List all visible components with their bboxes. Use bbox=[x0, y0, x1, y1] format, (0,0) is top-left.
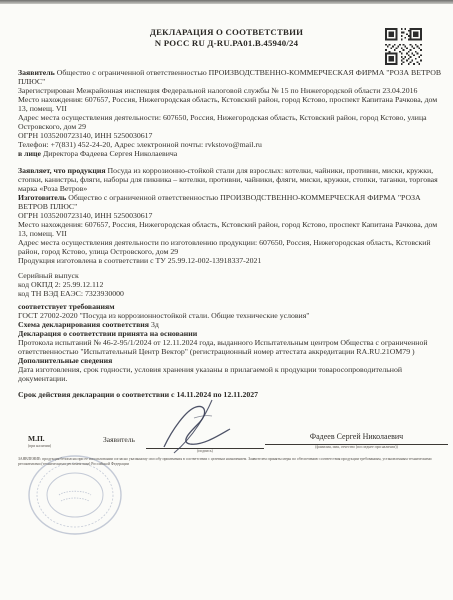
declaration-document: ДЕКЛАРАЦИЯ О СООТВЕТСТВИИ N РОСС RU Д-RU… bbox=[0, 0, 453, 600]
signature-applicant-label: Заявитель bbox=[103, 435, 135, 444]
scheme-label: Схема декларирования соответствия bbox=[18, 320, 149, 329]
stamp-place-label: М.П. (при наличии) bbox=[28, 434, 51, 448]
declares-label: Заявляет, что продукция bbox=[18, 166, 106, 175]
applicant-location: Место нахождения: 607657, Россия, Нижего… bbox=[18, 95, 442, 113]
scan-top-edge bbox=[0, 0, 453, 4]
basis-label: Декларация о соответствии принята на осн… bbox=[18, 329, 442, 338]
manufacturer-name: Общество с ограниченной ответственностью… bbox=[18, 193, 421, 211]
applicant-registration: Зарегистрирован Межрайонная инспекция Фе… bbox=[18, 86, 442, 95]
mp-text: М.П. bbox=[28, 434, 45, 443]
signatory-block: Фадеев Сергей Николаевич (фамилия, имя, … bbox=[265, 432, 448, 450]
document-body: Заявитель Общество с ограниченной ответс… bbox=[18, 68, 442, 399]
signatory-name: Фадеев Сергей Николаевич bbox=[265, 432, 448, 441]
mp-note: (при наличии) bbox=[28, 444, 51, 448]
product-section: Заявляет, что продукция Посуда из корроз… bbox=[18, 166, 442, 265]
manufacturer-production-address: Адрес места осуществления деятельности п… bbox=[18, 238, 442, 256]
manufacturer-line: Изготовитель Общество с ограниченной отв… bbox=[18, 193, 442, 211]
codes-section: Серийный выпуск код ОКПД 2: 25.99.12.112… bbox=[18, 271, 442, 298]
scheme-value: 3д bbox=[151, 320, 159, 329]
applicant-line: Заявитель Общество с ограниченной ответс… bbox=[18, 68, 442, 86]
serial-release: Серийный выпуск bbox=[18, 271, 442, 280]
product-line: Заявляет, что продукция Посуда из корроз… bbox=[18, 166, 442, 193]
applicant-ogrn-inn: ОГРН 1035200723140, ИНН 5250030617 bbox=[18, 131, 442, 140]
standard-reference: ГОСТ 27002-2020 "Посуда из коррозионност… bbox=[18, 311, 442, 320]
applicant-section: Заявитель Общество с ограниченной ответс… bbox=[18, 68, 442, 158]
represented-person: Директора Фадеева Сергея Николаевича bbox=[43, 149, 177, 158]
handwritten-signature bbox=[148, 398, 268, 456]
made-in-accordance: Продукция изготовлена в соответствии с Т… bbox=[18, 256, 442, 265]
applicant-name: Общество с ограниченной ответственностью… bbox=[18, 68, 441, 86]
manufacturer-label: Изготовитель bbox=[18, 193, 66, 202]
meets-requirements-label: соответствует требованиям bbox=[18, 302, 442, 311]
conformity-section: соответствует требованиям ГОСТ 27002-202… bbox=[18, 302, 442, 383]
applicant-activity-address: Адрес места осуществления деятельности: … bbox=[18, 113, 442, 131]
scheme-line: Схема декларирования соответствия 3д bbox=[18, 320, 442, 329]
declaration-footnote: ЗАЯВЛЕНИЕ: продукция безопасна при ее ис… bbox=[18, 457, 442, 467]
represented-label: в лице bbox=[18, 149, 41, 158]
applicant-contacts: Телефон: +7(831) 452-24-20, Адрес электр… bbox=[18, 140, 442, 149]
manufacturer-location: Место нахождения: 607657, Россия, Нижего… bbox=[18, 220, 442, 238]
okpd-code: код ОКПД 2: 25.99.12.112 bbox=[18, 280, 442, 289]
tnved-code: код ТН ВЭД ЕАЭС: 7323930000 bbox=[18, 289, 442, 298]
additional-info-text: Дата изготовления, срок годности, услови… bbox=[18, 365, 442, 383]
manufacturer-ogrn-inn: ОГРН 1035200723140, ИНН 5250030617 bbox=[18, 211, 442, 220]
applicant-label: Заявитель bbox=[18, 68, 55, 77]
applicant-representative: в лице Директора Фадеева Сергея Николаев… bbox=[18, 149, 442, 158]
signatory-caption: (фамилия, имя, отчество (последнее при н… bbox=[265, 445, 448, 450]
qr-code-icon bbox=[385, 28, 422, 65]
additional-info-label: Дополнительные сведения bbox=[18, 356, 442, 365]
basis-text: Протокола испытаний № 46-2-95/1/2024 от … bbox=[18, 338, 442, 356]
